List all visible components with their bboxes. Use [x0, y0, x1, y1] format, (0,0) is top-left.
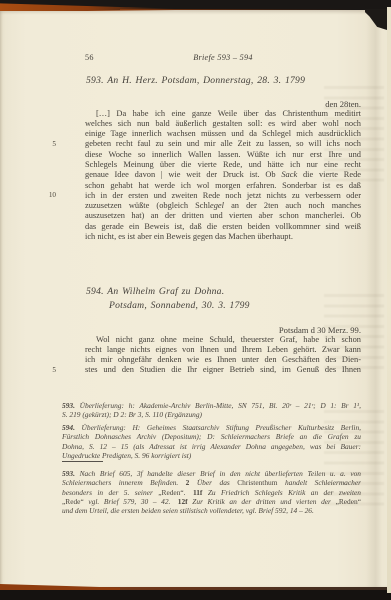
page-crease-shadow	[366, 10, 382, 590]
letter-594-heading-line1: 594. An Wilhelm Graf zu Dohna.	[86, 286, 224, 297]
letter-593-heading: 593. An H. Herz. Potsdam, Donnerstag, 28…	[86, 75, 305, 86]
line-number-5: 5	[40, 140, 56, 148]
commentary-note-593: 593. Nach Brief 605, 3f handelte dieser …	[62, 469, 361, 515]
text-line: stes und den Studien die Ihr eigner Betr…	[85, 365, 361, 375]
text-line: Schleiermachers innerem Befinden. 2 Über…	[62, 478, 361, 487]
text-line: 594. Überlieferung: H: Geheimes Staatsar…	[62, 423, 361, 432]
text-line: Ungedruckte Predigten, S. 96 korrigiert …	[62, 451, 361, 460]
footnote-separator-rule	[62, 461, 103, 462]
text-line: „Rede“ vgl. Brief 579, 30 – 42. 12f Zur …	[62, 497, 361, 506]
text-line: einige Tage innerlich wachsen müssen und…	[85, 129, 361, 139]
text-line: zuzusetzen wüßte (obgleich Schlegel an d…	[85, 201, 361, 211]
text-line: […] Da habe ich eine ganze Weile über da…	[85, 109, 361, 119]
letter-593-dateline: den 28ten.	[85, 99, 361, 109]
text-line: Fürstlich Dohnasches Archiv (Depositum);…	[62, 432, 361, 441]
text-line: S. 219 (gekürzt); D 2: Br 3, S. 110 (Erg…	[62, 410, 361, 419]
text-line: das gerade ein Beweis ist, daß die erste…	[85, 222, 361, 232]
running-title: Briefe 593 – 594	[85, 53, 361, 62]
text-line: gebeten recht faul zu sein und mir alle …	[85, 139, 361, 149]
book-photo: 56 Briefe 593 – 594 593. An H. Herz. Pot…	[0, 0, 391, 600]
text-line: auszusetzen hat) an der dritten und vier…	[85, 211, 361, 221]
text-line: diese Woche so innerlich Wallen lassen. …	[85, 150, 361, 160]
apparatus-note-593: 593. Überlieferung: h: Akademie-Archiv B…	[62, 401, 361, 420]
photo-bottom-edge	[0, 590, 391, 600]
text-line: Schlegels Meinung über die vierte Rede, …	[85, 160, 361, 170]
line-number-10: 10	[40, 191, 56, 199]
apparatus-note-594: 594. Überlieferung: H: Geheimes Staatsar…	[62, 423, 361, 460]
text-line: genaue Idee davon | wie weit der Druck i…	[85, 170, 361, 180]
text-line: ich mir ohngefähr denken wie es Ihnen un…	[85, 355, 361, 365]
text-line: welches sich nun bald äußerlich gestalte…	[85, 119, 361, 129]
text-line: 593. Überlieferung: h: Akademie-Archiv B…	[62, 401, 361, 410]
text-line: Wol nicht ganz ohne meine Schuld, theuer…	[85, 335, 361, 345]
text-line: ich in der ersten und zweiten Rede noch …	[85, 191, 361, 201]
line-number-5: 5	[40, 366, 56, 374]
book-spine-line-top	[120, 9, 355, 11]
text-line: schon gehabt hat werde ich wol morgen er…	[85, 181, 361, 191]
text-line: 593. Nach Brief 605, 3f handelte dieser …	[62, 469, 361, 478]
letter-594-body: Wol nicht ganz ohne meine Schuld, theuer…	[85, 335, 361, 376]
text-line: und dem Urteil, die ersten beiden seien …	[62, 506, 361, 515]
page-block-edge	[387, 7, 391, 593]
text-line: besonders in der 5. seiner „Reden“. 11f …	[62, 488, 361, 497]
letter-594-dateline: Potsdam d 30 Merz. 99.	[85, 325, 361, 335]
letter-594-heading-line2: Potsdam, Sonnabend, 30. 3. 1799	[109, 300, 250, 311]
letter-593-body: […] Da habe ich eine ganze Weile über da…	[85, 109, 361, 243]
text-line: recht lange nichts eignes von Ihnen und …	[85, 345, 361, 355]
text-line: Dohna, S. 12 – 15 (als Adressat ist irri…	[62, 442, 361, 451]
text-line: ich nicht, es ist aber ein Beweis gegen …	[85, 232, 361, 242]
